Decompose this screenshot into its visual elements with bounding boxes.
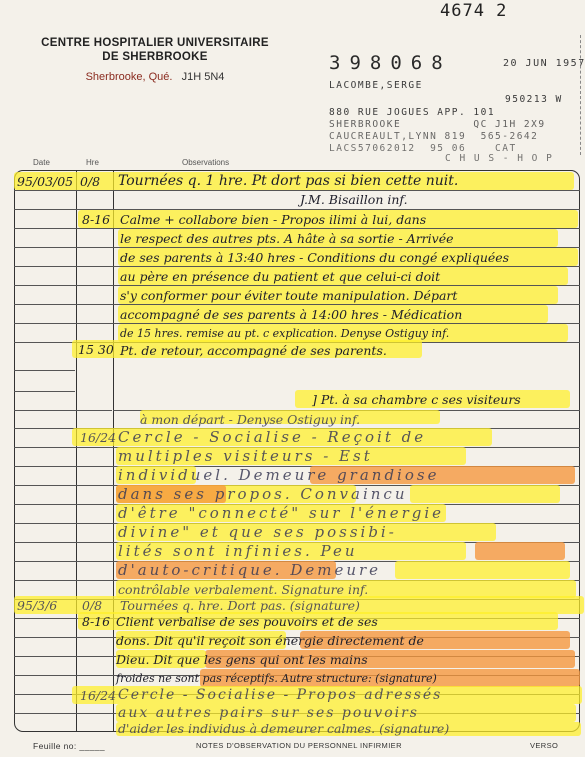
entry-date: 95/3/6 <box>17 598 57 613</box>
document-number: 4674 2 <box>440 1 507 21</box>
entry-hour: 0/8 <box>80 174 100 189</box>
entry-line: d'aider les individus à demeurer calmes.… <box>118 721 449 736</box>
entry-hour: 16/24 <box>80 688 116 703</box>
entry-line: aux autres pairs sur ses pouvoirs <box>118 706 419 721</box>
entry-line: Pt. de retour, accompagné de ses parents… <box>120 343 387 358</box>
ruled-line <box>14 190 580 191</box>
orange-highlight <box>475 542 565 560</box>
entry-line: de ses parents à 13:40 hres - Conditions… <box>120 250 509 265</box>
entry-line: Cercle - Socialise - Propos adressés <box>118 688 442 703</box>
entry-line: d'auto-critique. Demeure <box>118 563 381 578</box>
ruled-line <box>14 370 75 371</box>
entry-line: contrôlable verbalement. Signature inf. <box>118 582 368 597</box>
entry-line: Cercle - Socialise - Reçoit de <box>118 430 426 445</box>
entry-line: multiples visiteurs - Est <box>118 449 373 464</box>
letterhead-line2: DE SHERBROOKE <box>20 51 290 63</box>
patient-name: LACOMBE,SERGE <box>329 80 583 91</box>
entry-hour: 0/8 <box>82 598 102 613</box>
column-header-date: Date <box>33 158 50 167</box>
entry-line: Client verbalise de ses pouvoirs et de s… <box>116 614 378 629</box>
entry-line: le respect des autres pts. A hâte à sa s… <box>120 231 454 246</box>
entry-line: accompagné de ses parents à 14:00 hres -… <box>120 307 462 322</box>
yellow-highlight <box>410 485 560 503</box>
entry-hour: 15 30 <box>78 342 114 357</box>
entry-line: ] Pt. à sa chambre c ses visiteurs <box>312 392 521 407</box>
form-title: NOTES D'OBSERVATION DU PERSONNEL INFIRMI… <box>196 741 402 750</box>
patient-city-line: SHERBROOKE QC J1H 2X9 <box>329 119 583 130</box>
entry-line: divine" et que ses possibi- <box>118 525 397 540</box>
entry-hour: 8-16 <box>82 212 110 227</box>
entry-hour: 8-16 <box>82 614 110 629</box>
entry-date: 95/03/05 <box>17 174 73 189</box>
entry-line: Tournées q. hre. Dort pas. (signature) <box>120 598 360 613</box>
column-header-hour: Hre <box>86 158 99 167</box>
patient-code: 950213 W <box>505 94 583 105</box>
patient-address: 880 RUE JOGUES APP. 101 <box>329 107 583 118</box>
entry-signature: J.M. Bisaillon inf. <box>300 192 408 207</box>
hour-column-divider <box>113 170 114 732</box>
verso-label: VERSO <box>530 741 558 750</box>
institution-code: C H U S - H O P <box>445 153 583 164</box>
entry-line: au père en présence du patient et que ce… <box>120 269 440 284</box>
birth-date: 20 JUN 1957 <box>503 58 583 69</box>
entry-line: d'être "connecté" sur l'énergie <box>118 506 444 521</box>
stamp-edge <box>578 35 581 155</box>
letterhead-city: Sherbrooke, Qué. <box>86 71 173 83</box>
entry-line: dons. Dit qu'il reçoit son énergie direc… <box>116 633 424 648</box>
entry-line: dans ses propos. Convaincu <box>118 487 408 502</box>
ruled-line <box>14 410 112 411</box>
entry-hour: 16/24 <box>80 430 116 445</box>
entry-line: lités sont infinies. Peu <box>118 544 357 559</box>
patient-contact-line: CAUCREAULT,LYNN 819 565-2642 <box>329 131 583 142</box>
entry-line: s'y conformer pour éviter toute manipula… <box>120 288 457 303</box>
entry-line: Dieu. Dit que les gens qui ont les mains <box>116 652 368 667</box>
letterhead-line1: CENTRE HOSPITALIER UNIVERSITAIRE <box>20 37 290 49</box>
entry-line: Tournées q. 1 hre. Pt dort pas si bien c… <box>118 174 458 189</box>
entry-line: à mon départ - Denyse Ostiguy inf. <box>140 412 360 427</box>
column-header-observations: Observations <box>182 158 229 167</box>
entry-line: de 15 hres. remise au pt. c explication.… <box>120 326 449 341</box>
entry-line: froides ne sont pas réceptifs. Autre str… <box>116 671 437 686</box>
sheet-number-label: Feuille no: _____ <box>33 741 105 751</box>
entry-line: Calme + collabore bien - Propos ilimi à … <box>120 212 426 227</box>
ruled-line <box>14 391 75 392</box>
letterhead-address: Sherbrooke, Qué. J1H 5N4 <box>20 71 290 83</box>
letterhead-postal-code: J1H 5N4 <box>182 71 225 83</box>
entry-line: individuel. Demeure grandiose <box>118 468 439 483</box>
yellow-highlight <box>395 561 570 579</box>
date-column-divider <box>76 170 77 732</box>
patient-stamp: 398068 20 JUN 1957 LACOMBE,SERGE 950213 … <box>325 40 583 156</box>
